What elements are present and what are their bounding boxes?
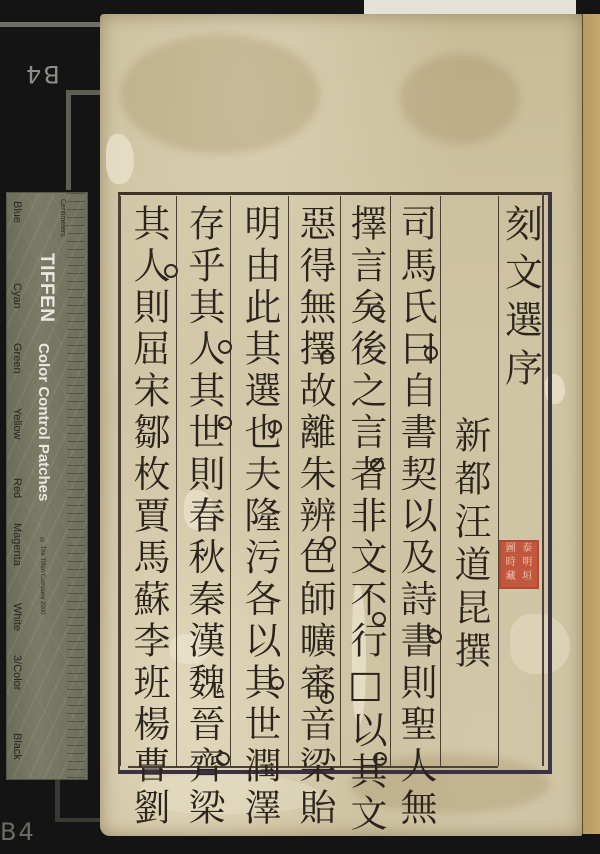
- ruler-product-name: Color Control Patches: [35, 343, 52, 501]
- punctuation-circle: [218, 416, 232, 430]
- ruler-color-label: Green: [11, 343, 23, 374]
- text-column-6: 其人則屈宋鄒枚賈馬蘇李班楊曹劉: [120, 196, 176, 766]
- punctuation-circle: [322, 536, 336, 550]
- ruler-units-label: Centimeters: [59, 199, 66, 237]
- seal-char: 垣: [520, 572, 536, 585]
- punctuation-circle: [320, 350, 334, 364]
- ruler-color-label: White: [11, 603, 23, 631]
- punctuation-circle: [370, 305, 384, 319]
- ruler-copyright: © The Tiffen Company 2000: [39, 538, 45, 615]
- punctuation-circle: [370, 458, 384, 472]
- ruler-color-labels: Blue Cyan Green Yellow Red Magenta White…: [11, 193, 31, 779]
- punctuation-circle: [164, 264, 178, 278]
- text-column: 明由此其選也夫隆污各以其世潤澤: [241, 196, 278, 830]
- punctuation-circle: [424, 346, 438, 360]
- punctuation-circle: [373, 752, 387, 766]
- copy-stand-guide-line: [55, 818, 100, 822]
- ruler-color-label: Magenta: [11, 523, 23, 566]
- copy-stand-guide-line: [55, 780, 60, 820]
- ruler-color-label: Yellow: [11, 408, 23, 439]
- seal-char: 時: [503, 558, 519, 571]
- text-column-5: 存乎其人其世則春秋秦漢魏晉齊梁: [176, 196, 230, 766]
- copy-stand-guide-line: [0, 22, 104, 27]
- paper-stain: [400, 54, 520, 144]
- preface-title: 刻文選序: [502, 196, 540, 396]
- text-column: 存乎其人其世則春秋秦漢魏晉齊梁: [185, 196, 222, 830]
- text-column-1: 司馬氏曰自書契以及詩書則聖人無: [390, 196, 440, 766]
- punctuation-circle: [320, 690, 334, 704]
- paper-wear: [106, 134, 134, 184]
- ruler-color-label: Cyan: [11, 283, 23, 309]
- seal-char: 圖: [503, 544, 519, 557]
- punctuation-circle: [428, 630, 442, 644]
- paper-stain: [120, 34, 320, 154]
- color-control-ruler: Centimeters TIFFEN Color Control Patches…: [6, 192, 88, 780]
- text-column: 擇言矣後之言者非文不行□以其文: [347, 196, 384, 836]
- text-column-2: 擇言矣後之言者非文不行□以其文: [340, 196, 390, 766]
- punctuation-circle: [216, 752, 230, 766]
- copy-stand-guide-line: [66, 90, 71, 190]
- ruler-scale-ticks: [67, 193, 85, 779]
- collector-seal: 圖 泰 時 明 藏 垣: [499, 540, 539, 589]
- seal-char: 泰: [520, 544, 536, 557]
- seal-char: 藏: [503, 572, 519, 585]
- punctuation-circle: [270, 676, 284, 690]
- ruler-brand: TIFFEN: [35, 253, 57, 323]
- seal-char: 明: [520, 558, 536, 571]
- copy-stand-label-top: B4: [24, 60, 60, 88]
- text-column-3: 惡得無擇故離朱辨色師曠審音梁貽: [288, 196, 340, 766]
- author-column: 新都汪道昆撰: [440, 196, 498, 766]
- author-line: 新都汪道昆撰: [451, 196, 488, 674]
- copy-stand-label-bottom: B4: [0, 818, 36, 846]
- punctuation-circle: [218, 340, 232, 354]
- block-border-right: [548, 192, 552, 770]
- text-column: 司馬氏曰自書契以及詩書則聖人無: [397, 196, 434, 830]
- ruler-color-label: Blue: [11, 201, 23, 223]
- ruler-color-label: Red: [11, 478, 23, 498]
- text-column: 其人則屈宋鄒枚賈馬蘇李班楊曹劉: [130, 196, 167, 830]
- punctuation-circle: [372, 612, 386, 626]
- punctuation-circle: [268, 420, 282, 434]
- ruler-color-label: Black: [11, 733, 23, 760]
- title-column: 刻文選序: [498, 196, 542, 766]
- ruler-color-label: 3/Color: [11, 655, 23, 690]
- next-page-edge: [580, 14, 600, 834]
- text-column: 惡得無擇故離朱辨色師曠審音梁貽: [296, 196, 333, 830]
